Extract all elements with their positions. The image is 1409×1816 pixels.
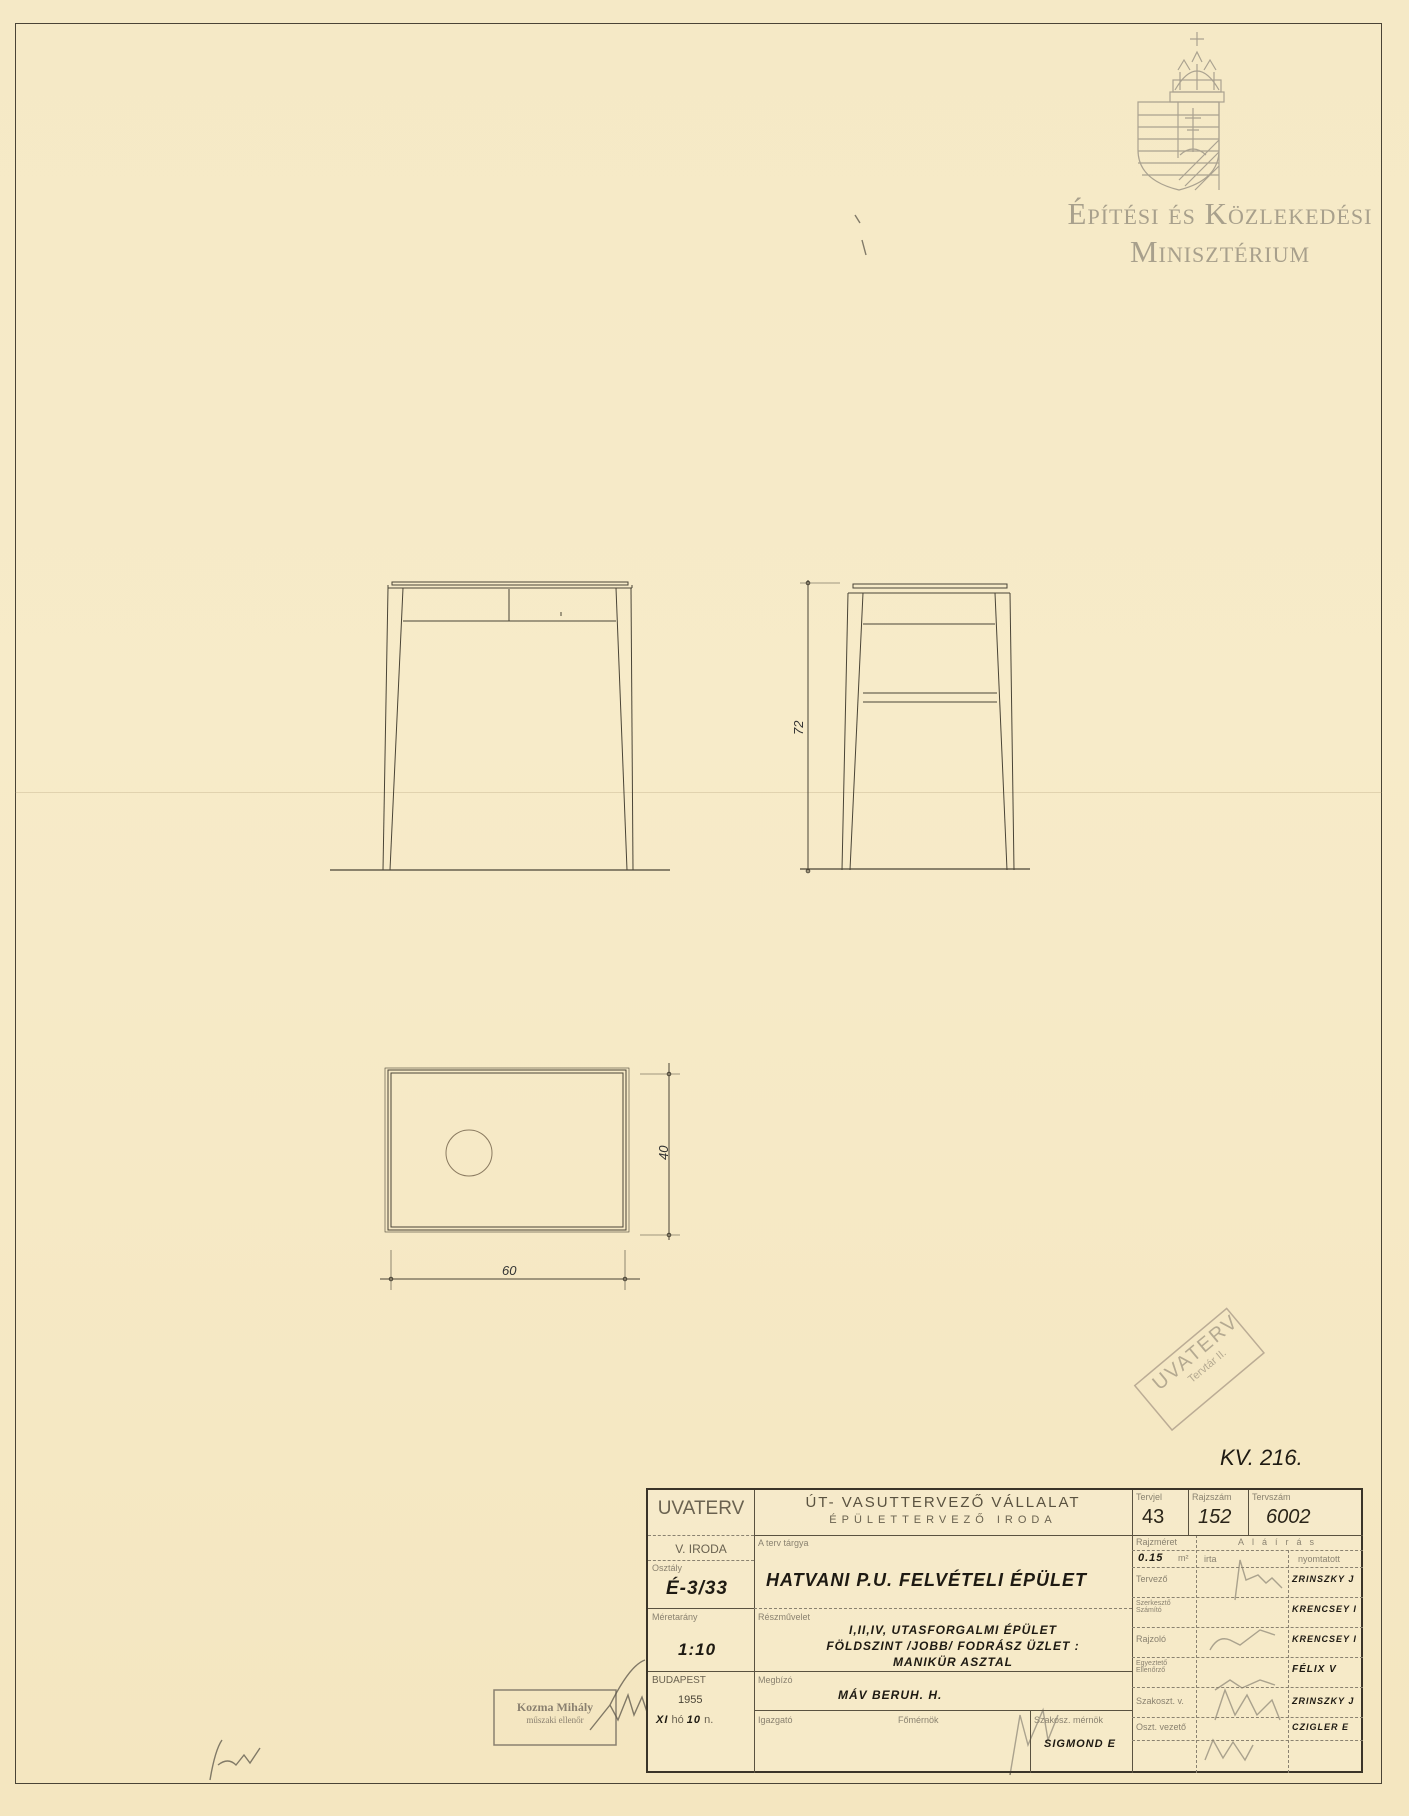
- department-label: Osztály: [652, 1563, 682, 1573]
- dept-engineer-label: Szakosz. mérnök: [1034, 1715, 1103, 1725]
- plan-mark-label: Tervjel: [1136, 1492, 1162, 1502]
- part-label: Részművelet: [758, 1612, 810, 1622]
- size-value: 0.15: [1138, 1552, 1163, 1564]
- city: BUDAPEST: [652, 1675, 706, 1686]
- role-label-4: Egyeztető Ellenőrző: [1136, 1660, 1192, 1674]
- scale-value: 1:10: [678, 1640, 716, 1660]
- scale-label: Méretarány: [652, 1612, 698, 1622]
- day-suffix: n.: [704, 1714, 713, 1726]
- reference-number: KV. 216.: [1220, 1445, 1303, 1471]
- name-label: nyomtatott: [1298, 1554, 1340, 1564]
- ministry-name-line1: Építési és Közlekedési: [1040, 196, 1400, 232]
- plan-no-value: 6002: [1266, 1506, 1311, 1529]
- role-name-5: ZRINSZKY J: [1292, 1696, 1354, 1706]
- width-dimension-label: 60: [502, 1263, 517, 1278]
- director-label: Igazgató: [758, 1715, 793, 1725]
- height-dimension-label: 72: [791, 720, 806, 735]
- signatures-header: Aláírás: [1238, 1537, 1322, 1547]
- office: V. IRODA: [648, 1542, 754, 1556]
- role-label-5: Szakoszt. v.: [1136, 1696, 1184, 1706]
- stamp-role: műszaki ellenőr: [494, 1715, 616, 1725]
- year: 1955: [678, 1694, 702, 1706]
- subject-value: HATVANI P.U. FELVÉTELI ÉPÜLET: [766, 1570, 1126, 1591]
- role-label-3: Rajzoló: [1136, 1634, 1166, 1644]
- role-name-4: FÉLIX V: [1292, 1664, 1337, 1675]
- part-description: I,II,IV, UTASFORGALMI ÉPÜLET FÖLDSZINT /…: [778, 1622, 1128, 1670]
- client-value: MÁV BERUH. H.: [838, 1688, 942, 1702]
- department-value: É-3/33: [666, 1578, 728, 1600]
- month: XI: [656, 1714, 668, 1726]
- role-label-1: Tervező: [1136, 1574, 1168, 1584]
- day: 10: [687, 1714, 701, 1726]
- size-unit: m²: [1178, 1553, 1189, 1563]
- part-line3: MANIKÜR ASZTAL: [778, 1654, 1128, 1670]
- hungarian-coat-of-arms-icon: [1138, 32, 1224, 190]
- chief-engineer-label: Főmérnök: [898, 1715, 939, 1725]
- plan-view: [380, 1063, 680, 1290]
- stamp-name: Kozma Mihály: [494, 1700, 616, 1715]
- company-line2: ÉPÜLETTERVEZŐ IRODA: [754, 1514, 1132, 1526]
- dept-engineer-value: SIGMOND E: [1044, 1738, 1116, 1750]
- plan-no-label: Tervszám: [1252, 1492, 1291, 1502]
- role-name-1: ZRINSZKY J: [1292, 1574, 1354, 1584]
- client-label: Megbízó: [758, 1675, 793, 1685]
- drawing-no-label: Rajzszám: [1192, 1492, 1232, 1502]
- plan-mark-value: 43: [1142, 1506, 1164, 1529]
- side-elevation: [800, 580, 1030, 873]
- part-line2: FÖLDSZINT /JOBB/ FODRÁSZ ÜZLET :: [778, 1638, 1128, 1654]
- role-label-6: Oszt. vezető: [1136, 1722, 1186, 1732]
- month-suffix: hó: [671, 1714, 683, 1726]
- kozma-stamp-text: Kozma Mihály műszaki ellenőr: [494, 1700, 616, 1725]
- ministry-name-line2: Minisztérium: [1040, 234, 1400, 270]
- subject-label: A terv tárgya: [758, 1538, 809, 1548]
- depth-dimension-label: 40: [656, 1145, 671, 1160]
- part-line1: I,II,IV, UTASFORGALMI ÉPÜLET: [778, 1622, 1128, 1638]
- date-line: XI hó 10 n.: [656, 1714, 713, 1726]
- role-name-6: CZIGLER E: [1292, 1722, 1349, 1732]
- title-block: UVATERV V. IRODA Osztály É-3/33 Méretará…: [646, 1488, 1363, 1773]
- company-short: UVATERV: [648, 1498, 754, 1520]
- size-label: Rajzméret: [1136, 1537, 1177, 1547]
- front-elevation: [330, 582, 670, 870]
- role-name-3: KRENCSEY I: [1292, 1634, 1357, 1644]
- ministry-watermark: Építési és Közlekedési Minisztérium: [1040, 196, 1400, 270]
- company-line1: ÚT- VASUTTERVEZŐ VÁLLALAT: [754, 1494, 1132, 1511]
- role-label-2: Szerkesztő Számító: [1136, 1600, 1192, 1614]
- drawing-no-value: 152: [1198, 1506, 1231, 1529]
- role-name-2: KRENCSEY I: [1292, 1604, 1357, 1614]
- signed-label: irta: [1204, 1554, 1217, 1564]
